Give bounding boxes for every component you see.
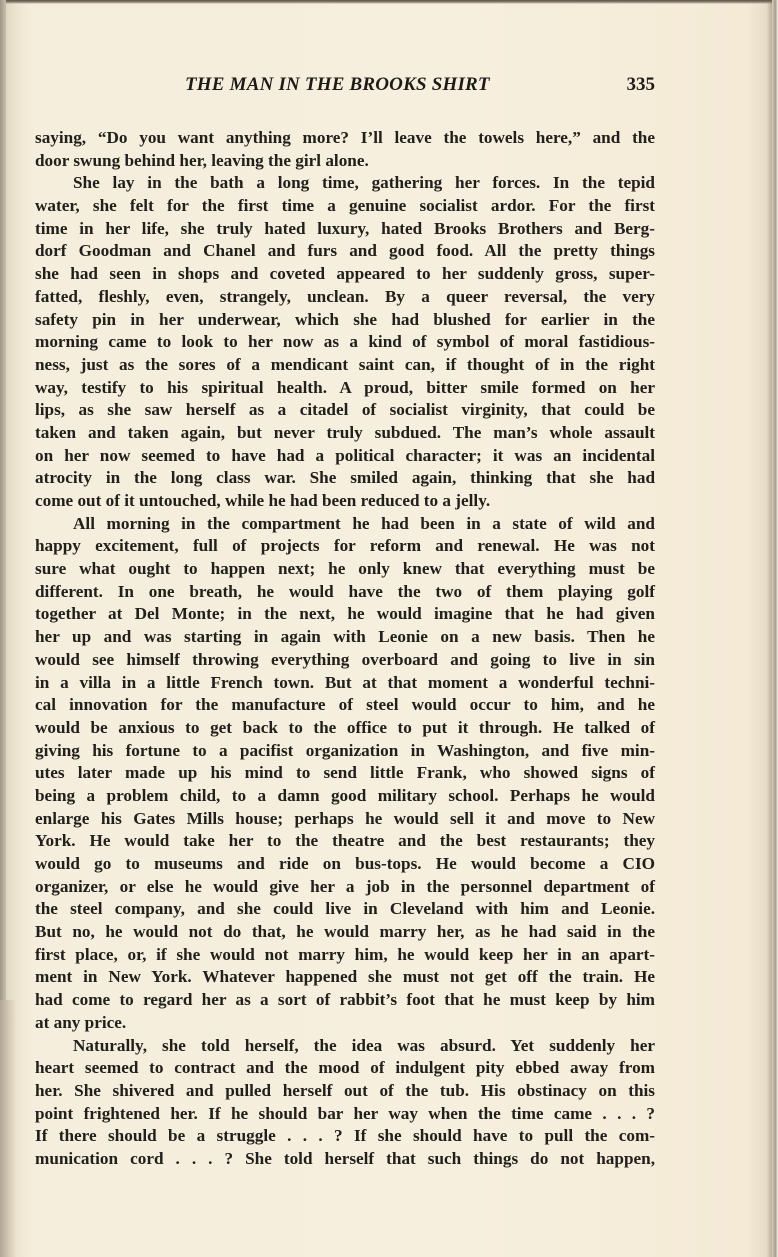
text-line: She lay in the bath a long time, gatheri… [35, 172, 655, 195]
text-line: But no, he would not do that, he would m… [35, 921, 655, 944]
text-line: in a villa in a little French town. But … [35, 672, 655, 695]
text-line: cal innovation for the manufacture of st… [35, 694, 655, 717]
text-line: York. He would take her to the theatre a… [35, 830, 655, 853]
text-line: ment in New York. Whatever happened she … [35, 966, 655, 989]
text-line: on her now seemed to have had a politica… [35, 445, 655, 468]
text-line: different. In one breath, he would have … [35, 581, 655, 604]
text-line: point frightened her. If he should bar h… [35, 1103, 655, 1126]
paragraph: Naturally, she told herself, the idea wa… [35, 1035, 655, 1171]
paragraph: She lay in the bath a long time, gatheri… [35, 172, 655, 512]
text-line: had come to regard her as a sort of rabb… [35, 989, 655, 1012]
page-top-shadow [0, 0, 778, 4]
text-line: her up and was starting in again with Le… [35, 626, 655, 649]
text-line: would be anxious to get back to the offi… [35, 717, 655, 740]
text-line: sure what ought to happen next; he only … [35, 558, 655, 581]
text-line: morning came to look to her now as a kin… [35, 331, 655, 354]
text-line: saying, “Do you want anything more? I’ll… [35, 127, 655, 150]
text-line: would go to museums and ride on bus-tops… [35, 853, 655, 876]
page-right-edge [772, 0, 778, 1257]
text-line: If there should be a struggle . . . ? If… [35, 1125, 655, 1148]
text-line: organizer, or else he would give her a j… [35, 876, 655, 899]
text-line: fatted, fleshly, even, strangely, unclea… [35, 286, 655, 309]
text-line: time in her life, she truly hated luxury… [35, 218, 655, 241]
text-line: first place, or, if she would not marry … [35, 944, 655, 967]
paragraph: All morning in the compartment he had be… [35, 513, 655, 1035]
text-line: way, testify to his spiritual health. A … [35, 377, 655, 400]
text-line: at any price. [35, 1012, 655, 1035]
page-number: 335 [627, 74, 656, 96]
text-line: safety pin in her underwear, which she h… [35, 309, 655, 332]
text-line: heart seemed to contract and the mood of… [35, 1057, 655, 1080]
text-line: water, she felt for the first time a gen… [35, 195, 655, 218]
text-line: happy excitement, full of projects for r… [35, 535, 655, 558]
text-line: the steel company, and she could live in… [35, 898, 655, 921]
text-line: come out of it untouched, while he had b… [35, 490, 655, 513]
text-line: would see himself throwing everything ov… [35, 649, 655, 672]
text-line: together at Del Monte; in the next, he w… [35, 603, 655, 626]
book-page: THE MAN IN THE BROOKS SHIRT 335 saying, … [0, 0, 778, 1257]
text-line: ness, just as the sores of a mendicant s… [35, 354, 655, 377]
text-line: taken and taken again, but never truly s… [35, 422, 655, 445]
text-line: being a problem child, to a damn good mi… [35, 785, 655, 808]
page-gutter-shadow-lower [0, 1000, 16, 1257]
text-line: dorf Goodman and Chanel and furs and goo… [35, 240, 655, 263]
text-line: utes later made up his mind to send litt… [35, 762, 655, 785]
running-head: THE MAN IN THE BROOKS SHIRT 335 [35, 74, 655, 102]
text-line: Naturally, she told herself, the idea wa… [35, 1035, 655, 1058]
text-line: All morning in the compartment he had be… [35, 513, 655, 536]
text-line: enlarge his Gates Mills house; perhaps h… [35, 808, 655, 831]
text-line: munication cord . . . ? She told herself… [35, 1148, 655, 1171]
paragraph: saying, “Do you want anything more? I’ll… [35, 127, 655, 172]
text-line: door swung behind her, leaving the girl … [35, 150, 655, 173]
text-line: she had seen in shops and coveted appear… [35, 263, 655, 286]
text-line: lips, as she saw herself as a citadel of… [35, 399, 655, 422]
text-line: atrocity in the long class war. She smil… [35, 467, 655, 490]
text-line: her. She shivered and pulled herself out… [35, 1080, 655, 1103]
body-text: saying, “Do you want anything more? I’ll… [35, 127, 655, 1171]
text-line: giving his fortune to a pacifist organiz… [35, 740, 655, 763]
running-title: THE MAN IN THE BROOKS SHIRT [185, 74, 490, 96]
